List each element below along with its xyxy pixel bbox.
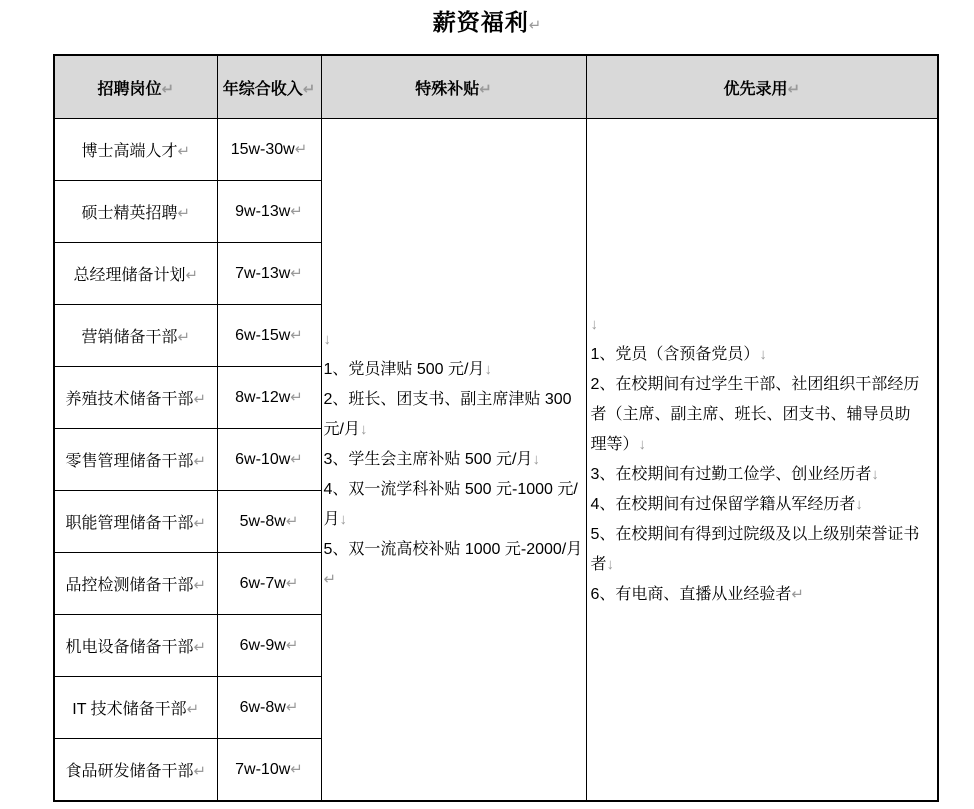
position-name: 总经理储备计划 [73, 267, 185, 284]
paragraph-mark: ↵ [791, 586, 804, 603]
income-cell: 7w-10w↵ [217, 739, 321, 802]
text-line: 4、双一流学科补贴 500 元-1000 元/月↓ [324, 475, 584, 535]
position-name: 食品研发储备干部 [65, 763, 193, 780]
paragraph-mark: ↵ [290, 389, 303, 406]
header-subsidy-label: 特殊补贴 [415, 81, 479, 98]
position-name: IT 技术储备干部 [72, 701, 186, 718]
position-name: 营销储备干部 [81, 329, 177, 346]
income-value: 6w-10w [235, 451, 290, 468]
position-cell: 养殖技术储备干部↵ [54, 367, 217, 429]
income-cell: 9w-13w↵ [217, 181, 321, 243]
page-title: 薪资福利↵ [0, 0, 974, 41]
position-cell: 硕士精英招聘↵ [54, 181, 217, 243]
header-position-label: 招聘岗位 [97, 81, 161, 98]
income-value: 7w-13w [235, 265, 290, 282]
position-cell: 博士高端人才↵ [54, 119, 217, 181]
table-row: 博士高端人才↵15w-30w↵↓1、党员津贴 500 元/月↓2、班长、团支书、… [54, 119, 938, 181]
paragraph-mark: ↓ [607, 556, 615, 573]
income-value: 8w-12w [235, 389, 290, 406]
special-subsidy-cell: ↓1、党员津贴 500 元/月↓2、班长、团支书、副主席津贴 300 元/月↓3… [321, 119, 586, 802]
position-name: 零售管理储备干部 [65, 453, 193, 470]
line-text: 6、有电商、直播从业经验者 [591, 586, 792, 603]
page-title-text: 薪资福利 [433, 9, 529, 35]
line-text: 1、党员（含预备党员） [591, 346, 760, 363]
income-value: 6w-7w [240, 575, 286, 592]
paragraph-mark: ↵ [529, 17, 542, 34]
position-name: 机电设备储备干部 [65, 639, 193, 656]
paragraph-mark: ↵ [161, 81, 174, 98]
paragraph-mark: ↵ [193, 763, 206, 780]
paragraph-mark: ↵ [286, 513, 299, 530]
position-cell: 总经理储备计划↵ [54, 243, 217, 305]
text-line: 1、党员津贴 500 元/月↓ [324, 355, 584, 385]
text-line: 6、有电商、直播从业经验者↵ [591, 580, 922, 610]
text-line: 3、学生会主席补贴 500 元/月↓ [324, 445, 584, 475]
position-cell: 机电设备储备干部↵ [54, 615, 217, 677]
position-cell: 食品研发储备干部↵ [54, 739, 217, 802]
position-name: 养殖技术储备干部 [65, 391, 193, 408]
income-cell: 6w-15w↵ [217, 305, 321, 367]
paragraph-mark: ↵ [286, 699, 299, 716]
paragraph-mark: ↵ [193, 515, 206, 532]
paragraph-mark: ↵ [479, 81, 492, 98]
text-line: 4、在校期间有过保留学籍从军经历者↓ [591, 490, 922, 520]
position-cell: 零售管理储备干部↵ [54, 429, 217, 491]
paragraph-mark: ↵ [286, 575, 299, 592]
position-cell: IT 技术储备干部↵ [54, 677, 217, 739]
position-cell: 营销储备干部↵ [54, 305, 217, 367]
paragraph-mark: ↵ [177, 329, 190, 346]
text-line: ↓ [591, 310, 922, 340]
paragraph-mark: ↓ [360, 421, 368, 438]
text-line: 2、班长、团支书、副主席津贴 300 元/月↓ [324, 385, 584, 445]
line-text: 1、党员津贴 500 元/月 [324, 361, 485, 378]
income-value: 6w-8w [240, 699, 286, 716]
paragraph-mark: ↵ [193, 639, 206, 656]
position-name: 品控检测储备干部 [65, 577, 193, 594]
header-subsidy: 特殊补贴↵ [321, 55, 586, 119]
position-cell: 品控检测储备干部↵ [54, 553, 217, 615]
paragraph-mark: ↓ [324, 331, 332, 348]
income-value: 5w-8w [240, 513, 286, 530]
income-cell: 7w-13w↵ [217, 243, 321, 305]
position-name: 职能管理储备干部 [65, 515, 193, 532]
header-row: 招聘岗位↵ 年综合收入↵ 特殊补贴↵ 优先录用↵ [54, 55, 938, 119]
header-income: 年综合收入↵ [217, 55, 321, 119]
text-line: 5、在校期间有得到过院级及以上级别荣誉证书者↓ [591, 520, 922, 580]
income-cell: 6w-10w↵ [217, 429, 321, 491]
paragraph-mark: ↵ [185, 267, 198, 284]
line-text: 4、双一流学科补贴 500 元-1000 元/月 [324, 481, 578, 528]
paragraph-mark: ↵ [193, 453, 206, 470]
income-value: 7w-10w [235, 761, 290, 778]
header-income-label: 年综合收入 [223, 81, 303, 98]
paragraph-mark: ↵ [290, 327, 303, 344]
income-value: 15w-30w [231, 141, 295, 158]
income-cell: 15w-30w↵ [217, 119, 321, 181]
paragraph-mark: ↵ [290, 451, 303, 468]
line-text: 5、双一流高校补贴 1000 元-2000/月 [324, 541, 583, 558]
paragraph-mark: ↵ [290, 761, 303, 778]
salary-benefits-table: 招聘岗位↵ 年综合收入↵ 特殊补贴↵ 优先录用↵ 博士高端人才↵15w-30w↵… [53, 54, 939, 802]
position-cell: 职能管理储备干部↵ [54, 491, 217, 553]
line-text: 3、学生会主席补贴 500 元/月 [324, 451, 533, 468]
header-priority-label: 优先录用 [723, 81, 787, 98]
text-line: 5、双一流高校补贴 1000 元-2000/月↵ [324, 535, 584, 595]
paragraph-mark: ↓ [484, 361, 492, 378]
paragraph-mark: ↓ [532, 451, 540, 468]
line-text: 5、在校期间有得到过院级及以上级别荣誉证书者 [591, 526, 920, 573]
paragraph-mark: ↵ [177, 143, 190, 160]
paragraph-mark: ↵ [303, 81, 316, 98]
paragraph-mark: ↵ [324, 571, 337, 588]
income-cell: 8w-12w↵ [217, 367, 321, 429]
text-line: 1、党员（含预备党员）↓ [591, 340, 922, 370]
income-value: 9w-13w [235, 203, 290, 220]
paragraph-mark: ↵ [193, 391, 206, 408]
text-line: ↓ [324, 325, 584, 355]
income-value: 6w-15w [235, 327, 290, 344]
paragraph-mark: ↓ [340, 511, 348, 528]
table-body: 博士高端人才↵15w-30w↵↓1、党员津贴 500 元/月↓2、班长、团支书、… [54, 119, 938, 802]
income-cell: 5w-8w↵ [217, 491, 321, 553]
paragraph-mark: ↵ [286, 637, 299, 654]
paragraph-mark: ↓ [591, 316, 599, 333]
paragraph-mark: ↵ [787, 81, 800, 98]
paragraph-mark: ↓ [871, 466, 879, 483]
paragraph-mark: ↵ [193, 577, 206, 594]
header-priority: 优先录用↵ [586, 55, 938, 119]
paragraph-mark: ↵ [187, 701, 200, 718]
line-text: 4、在校期间有过保留学籍从军经历者 [591, 496, 856, 513]
priority-hiring-cell: ↓1、党员（含预备党员）↓2、在校期间有过学生干部、社团组织干部经历者（主席、副… [586, 119, 938, 802]
line-text: 3、在校期间有过勤工俭学、创业经历者 [591, 466, 872, 483]
paragraph-mark: ↵ [295, 141, 308, 158]
income-value: 6w-9w [240, 637, 286, 654]
text-line: 2、在校期间有过学生干部、社团组织干部经历者（主席、副主席、班长、团支书、辅导员… [591, 370, 922, 460]
document-page: { "document": { "title": "薪资福利", "paragr… [0, 0, 974, 809]
paragraph-mark: ↓ [639, 436, 647, 453]
paragraph-mark: ↓ [855, 496, 863, 513]
text-line: 3、在校期间有过勤工俭学、创业经历者↓ [591, 460, 922, 490]
position-name: 硕士精英招聘 [81, 205, 177, 222]
income-cell: 6w-8w↵ [217, 677, 321, 739]
income-cell: 6w-9w↵ [217, 615, 321, 677]
position-name: 博士高端人才 [81, 143, 177, 160]
income-cell: 6w-7w↵ [217, 553, 321, 615]
paragraph-mark: ↓ [759, 346, 767, 363]
paragraph-mark: ↵ [177, 205, 190, 222]
paragraph-mark: ↵ [290, 265, 303, 282]
paragraph-mark: ↵ [290, 203, 303, 220]
header-position: 招聘岗位↵ [54, 55, 217, 119]
